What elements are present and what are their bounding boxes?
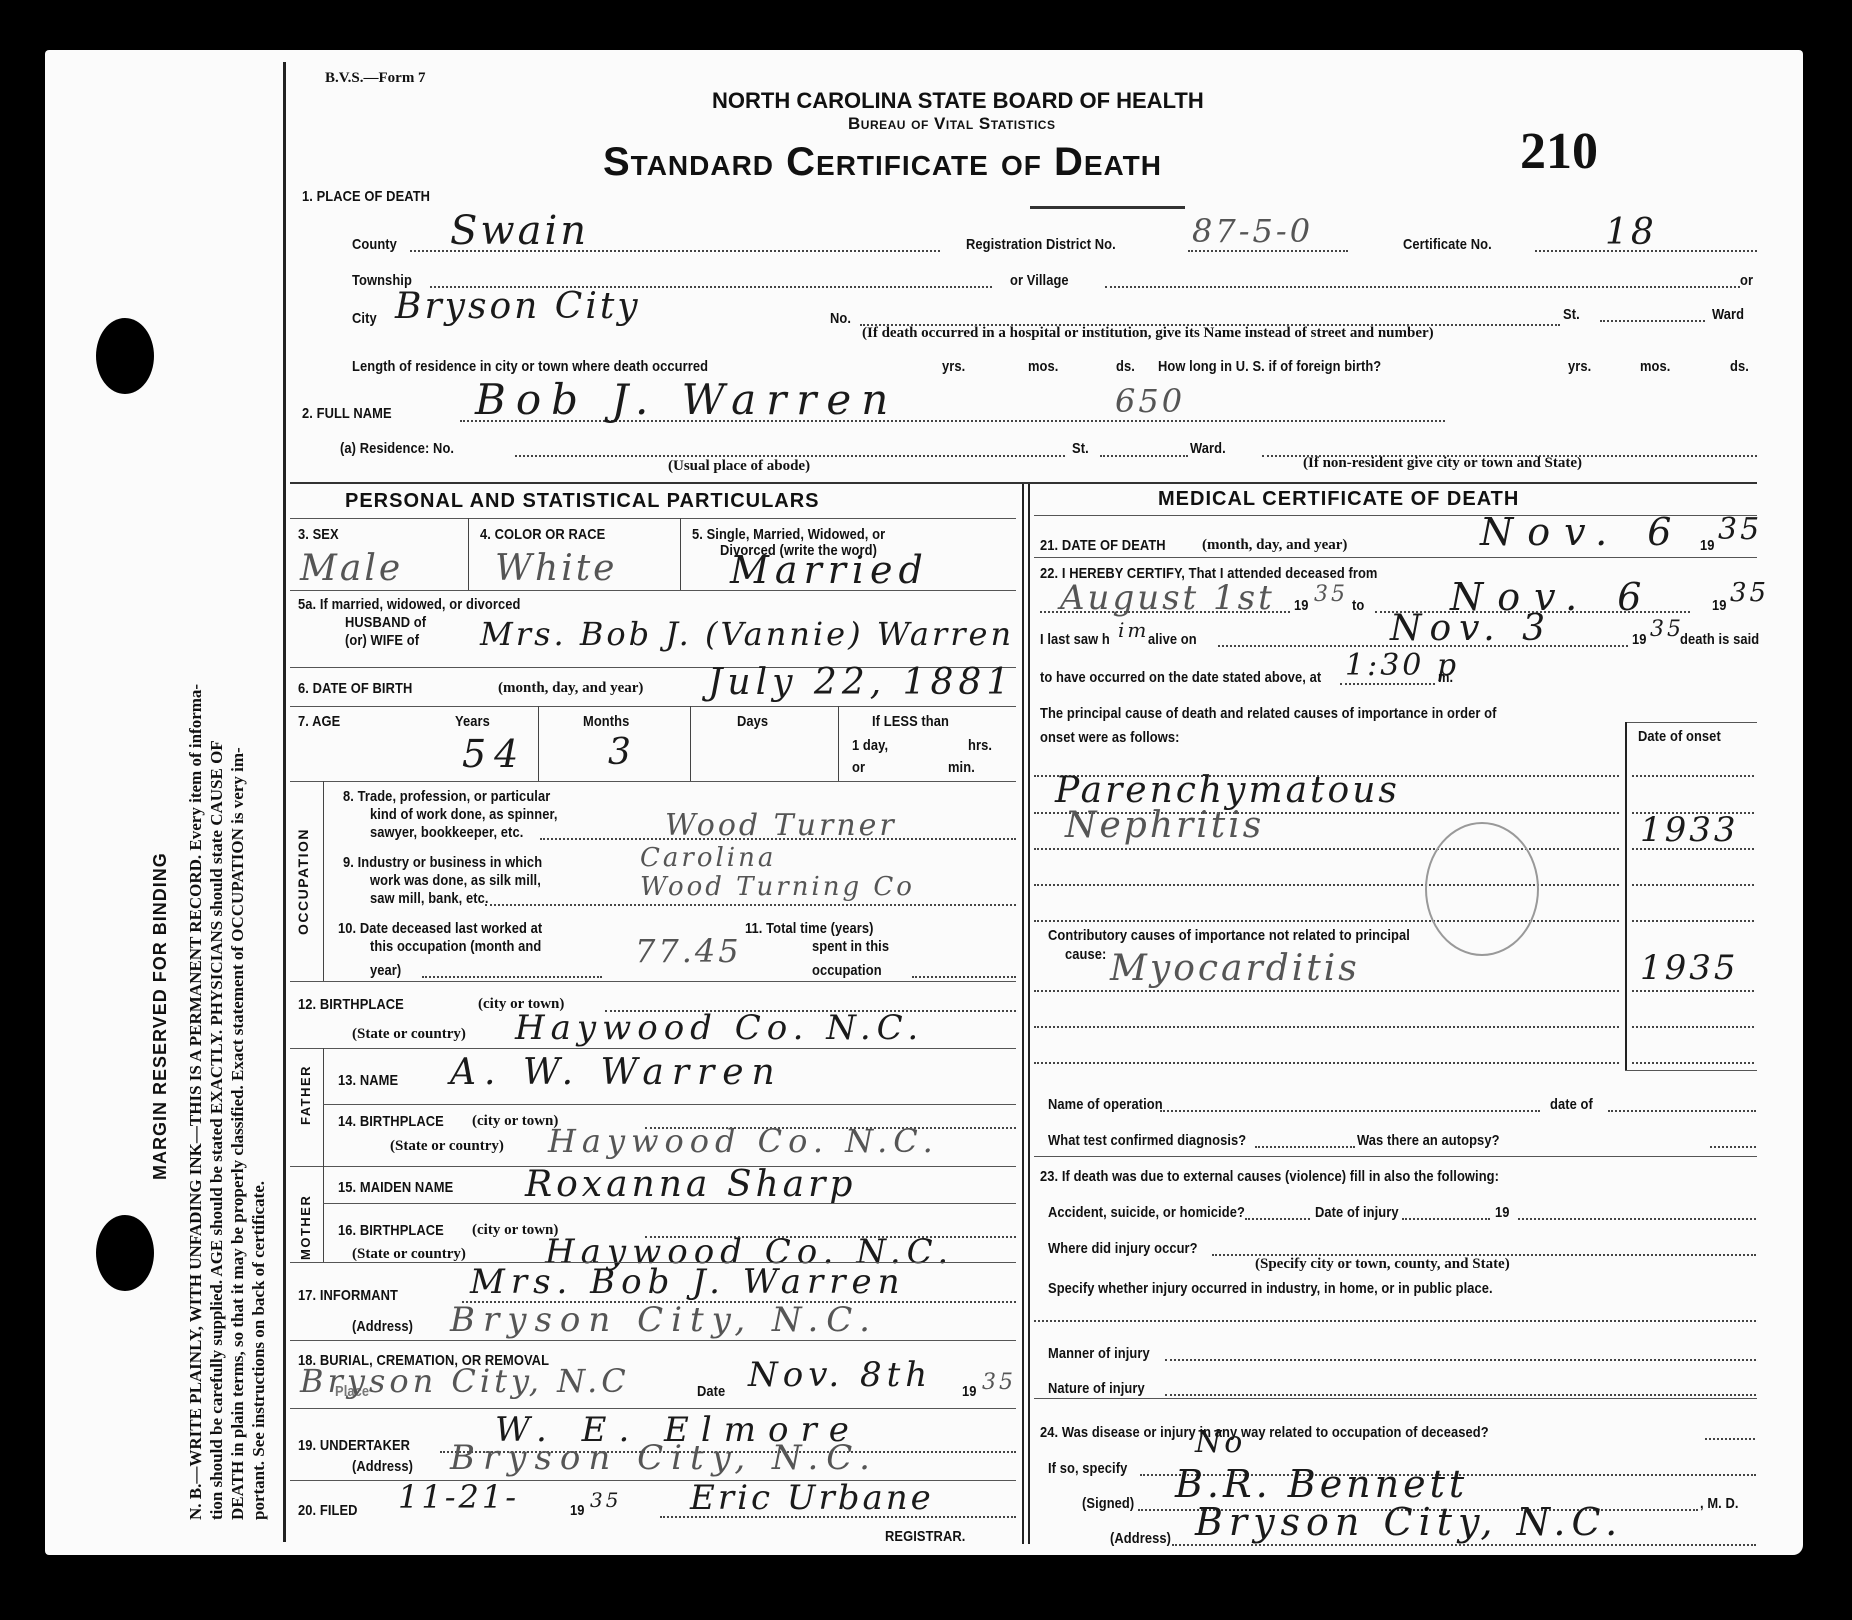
- alive-on-label: alive on: [1148, 631, 1197, 648]
- abode-note: (Usual place of abode): [668, 458, 810, 475]
- registrar-signature: Eric Urbane: [690, 1478, 934, 1518]
- res-ds-label: ds.: [1116, 358, 1135, 375]
- injury-year-prefix: 19: [1495, 1204, 1510, 1221]
- last-saw-label: I last saw h: [1040, 631, 1110, 648]
- father-birthplace-value[interactable]: Haywood Co. N.C.: [548, 1122, 939, 1160]
- cause-label-2: onset were as follows:: [1040, 729, 1180, 746]
- contrib-label-1: Contributory causes of importance not re…: [1048, 927, 1410, 944]
- margin-rule: [283, 62, 286, 1542]
- informant-label: 17. INFORMANT: [298, 1287, 398, 1304]
- industry-value-1[interactable]: Carolina: [640, 843, 776, 873]
- age-years-value[interactable]: 54: [462, 732, 526, 776]
- undertaker-address-value[interactable]: Bryson City, N.C.: [450, 1438, 878, 1478]
- onset-header: Date of onset: [1638, 728, 1721, 745]
- autopsy-line: [1710, 1146, 1756, 1148]
- burial-date-value[interactable]: Nov. 8th: [748, 1355, 932, 1395]
- attended-from-value[interactable]: August 1st: [1060, 578, 1275, 618]
- row-divider: [1034, 1156, 1757, 1157]
- hrs-label: hrs.: [968, 737, 992, 754]
- contrib-onset-line-3: [1632, 1062, 1754, 1064]
- spouse-value[interactable]: Mrs. Bob J. (Vannie) Warren: [480, 615, 1014, 653]
- dob-value[interactable]: July 22, 1881: [708, 662, 1014, 703]
- cell-divider: [690, 706, 691, 781]
- ward-label: Ward: [1712, 306, 1744, 323]
- row-divider: [290, 781, 1016, 782]
- form-id: B.V.S.—Form 7: [325, 70, 426, 87]
- county-label: County: [352, 236, 397, 253]
- row-divider: [323, 1203, 1016, 1204]
- dod-sub-label: (month, day, and year): [1202, 537, 1347, 554]
- death-said-label: death is said: [1680, 631, 1759, 648]
- last-worked-line: [422, 976, 602, 978]
- accident-line: [1245, 1218, 1310, 1220]
- margin-instructions: N. B.—WRITE PLAINLY, WITH UNFADING INK—T…: [185, 684, 269, 1520]
- mother-birthplace-label: 16. BIRTHPLACE: [338, 1222, 444, 1239]
- physician-address-line: [1172, 1544, 1756, 1546]
- row-divider: [290, 1340, 1016, 1341]
- father-side-divider: [323, 1048, 324, 1166]
- physician-address-value[interactable]: Bryson City, N.C.: [1195, 1500, 1623, 1544]
- or-min-label: or: [852, 759, 865, 776]
- age-months-value[interactable]: 3: [608, 732, 634, 773]
- one-day-label: 1 day,: [852, 737, 888, 754]
- father-name-value[interactable]: A. W. Warren: [450, 1052, 783, 1093]
- residence-st-label: St.: [1072, 440, 1089, 457]
- onset-header-line: [1625, 722, 1757, 723]
- death-certificate-page: [45, 50, 1803, 1555]
- injury-where-label: Where did injury occur?: [1048, 1240, 1198, 1257]
- burial-year-prefix: 19: [962, 1383, 977, 1400]
- row-divider: [1034, 1398, 1757, 1399]
- village-line: [1105, 286, 1740, 288]
- dob-sub-label: (month, day, and year): [498, 680, 643, 697]
- birthplace-state-note: (State or country): [352, 1026, 466, 1043]
- spouse-label-3: (or) WIFE of: [345, 632, 419, 649]
- occurred-at-label: to have occurred on the date stated abov…: [1040, 669, 1321, 686]
- undertaker-address-label: (Address): [352, 1458, 413, 1475]
- residence-label: (a) Residence: No.: [340, 440, 454, 457]
- hospital-note: (If death occurred in a hospital or inst…: [862, 325, 1434, 342]
- st-label: St.: [1563, 306, 1580, 323]
- days-label: Days: [737, 713, 768, 730]
- burial-place-value[interactable]: Bryson City, N.C: [300, 1362, 630, 1400]
- reg-district-line: [1188, 250, 1348, 252]
- res-mos-label: mos.: [1028, 358, 1058, 375]
- row-divider: [290, 518, 1016, 519]
- bureau-title: Bureau of Vital Statistics: [848, 114, 1055, 134]
- margin-note-line: N. B.—WRITE PLAINLY, WITH UNFADING INK—T…: [185, 684, 206, 1520]
- nature-label: Nature of injury: [1048, 1380, 1145, 1397]
- binder-hole-bottom: [96, 1215, 154, 1291]
- registrar-label: REGISTRAR.: [885, 1528, 965, 1545]
- filed-year-prefix: 19: [570, 1502, 585, 1519]
- accident-label: Accident, suicide, or homicide?: [1048, 1204, 1245, 1221]
- stamp-number: 210: [1520, 122, 1598, 181]
- certificate-no-label: Certificate No.: [1403, 236, 1492, 253]
- marital-label-1: 5. Single, Married, Widowed, or: [692, 526, 885, 543]
- to-year-value[interactable]: 35: [1730, 578, 1769, 608]
- residence-ward-label: Ward.: [1190, 440, 1226, 457]
- operation-date-label: date of: [1550, 1096, 1593, 1113]
- trade-label-3: sawyer, bookkeeper, etc.: [370, 824, 523, 841]
- full-name-label: 2. FULL NAME: [302, 405, 392, 422]
- row-divider: [290, 981, 1016, 982]
- or-label: or: [1740, 272, 1753, 289]
- occ-related-value[interactable]: No: [1195, 1425, 1245, 1460]
- total-time-label-3: occupation: [812, 962, 882, 979]
- spouse-label-1: 5a. If married, widowed, or divorced: [298, 596, 520, 613]
- manner-line: [1165, 1359, 1756, 1361]
- ward-line: [1600, 320, 1705, 322]
- to-label: to: [1352, 597, 1364, 614]
- contrib-label-2: cause:: [1065, 946, 1106, 963]
- informant-address-value[interactable]: Bryson City, N.C.: [450, 1300, 878, 1340]
- onset-line-5: [1632, 920, 1754, 922]
- county-value[interactable]: Swain: [450, 208, 589, 254]
- cell-divider: [680, 518, 681, 590]
- agency-title: NORTH CAROLINA STATE BOARD OF HEALTH: [712, 88, 1204, 114]
- race-value[interactable]: White: [495, 548, 617, 589]
- city-value[interactable]: Bryson City: [395, 286, 641, 327]
- injury-where-note: (Specify city or town, county, and State…: [1255, 1256, 1510, 1273]
- total-time-label-2: spent in this: [812, 938, 889, 955]
- binder-hole-top: [96, 318, 154, 394]
- signed-label: (Signed): [1082, 1495, 1134, 1512]
- nature-line: [1165, 1394, 1756, 1396]
- industry-label-1: 9. Industry or business in which: [343, 854, 542, 871]
- maiden-name-label: 15. MAIDEN NAME: [338, 1179, 453, 1196]
- residence-line: [515, 455, 1065, 457]
- last-saw-year-prefix: 19: [1632, 631, 1647, 648]
- reg-district-label: Registration District No.: [966, 236, 1116, 253]
- residence-length-label: Length of residence in city or town wher…: [352, 358, 708, 375]
- dod-year-prefix: 19: [1700, 537, 1715, 554]
- informant-value[interactable]: Mrs. Bob J. Warren: [470, 1262, 906, 1302]
- last-saw-year-value[interactable]: 35: [1650, 617, 1684, 642]
- certificate-no-value[interactable]: 18: [1605, 212, 1657, 253]
- injury-specify-line: [1034, 1320, 1756, 1322]
- burial-year-value[interactable]: 35: [982, 1370, 1016, 1395]
- foreign-ds-label: ds.: [1730, 358, 1749, 375]
- occupation-side-label: OCCUPATION: [295, 828, 311, 935]
- contrib-onset-line-1: [1632, 990, 1754, 992]
- foreign-birth-label: How long in U. S. if of foreign birth?: [1158, 358, 1381, 375]
- onset-bottom-line: [1625, 1070, 1757, 1071]
- informant-address-label: (Address): [352, 1318, 413, 1335]
- margin-note-line: tion should be carefully supplied. AGE s…: [206, 684, 227, 1520]
- maiden-name-value[interactable]: Roxanna Sharp: [525, 1164, 856, 1205]
- from-year-prefix: 19: [1294, 597, 1309, 614]
- min-label: min.: [948, 759, 975, 776]
- contrib-line-2: [1034, 1026, 1619, 1028]
- father-birthplace-city-note: (city or town): [472, 1113, 558, 1130]
- trade-label-1: 8. Trade, profession, or particular: [343, 788, 550, 805]
- industry-value-2[interactable]: Wood Turning Co: [640, 872, 915, 902]
- column-divider-b: [1028, 484, 1030, 1544]
- occupation-side-divider: [323, 781, 324, 981]
- dod-label: 21. DATE OF DEATH: [1040, 537, 1166, 554]
- foreign-mos-label: mos.: [1640, 358, 1670, 375]
- to-year-prefix: 19: [1712, 597, 1727, 614]
- row-divider: [290, 1408, 1016, 1409]
- full-name-annotation: 650: [1115, 382, 1185, 420]
- test-label: What test confirmed diagnosis?: [1048, 1132, 1246, 1149]
- row-divider: [290, 1048, 1016, 1049]
- personal-header: PERSONAL AND STATISTICAL PARTICULARS: [345, 490, 820, 513]
- column-divider-a: [1022, 484, 1024, 1544]
- autopsy-label: Was there an autopsy?: [1357, 1132, 1500, 1149]
- city-label: City: [352, 310, 377, 327]
- industry-label-2: work was done, as silk mill,: [370, 872, 541, 889]
- manner-label: Manner of injury: [1048, 1345, 1150, 1362]
- principal-onset[interactable]: 1933: [1640, 810, 1739, 850]
- sex-value[interactable]: Male: [300, 548, 403, 589]
- industry-label-3: saw mill, bank, etc.: [370, 890, 489, 907]
- street-no-label: No.: [830, 310, 851, 327]
- from-year-value[interactable]: 35: [1314, 582, 1348, 607]
- last-saw-pronoun[interactable]: im: [1118, 618, 1149, 642]
- father-birthplace-state-note: (State or country): [390, 1138, 504, 1155]
- onset-line-1: [1632, 775, 1754, 777]
- marital-value[interactable]: Married: [730, 548, 929, 592]
- place-of-death-label: 1. PLACE OF DEATH: [302, 188, 430, 205]
- occ-related-line: [1705, 1438, 1755, 1440]
- dob-label: 6. DATE OF BIRTH: [298, 680, 412, 697]
- operation-label: Name of operation: [1048, 1096, 1163, 1113]
- contrib-onset-line-2: [1632, 1026, 1754, 1028]
- onset-line-4: [1632, 884, 1754, 886]
- contrib-cause[interactable]: Myocarditis: [1110, 948, 1360, 989]
- cell-divider: [838, 706, 839, 781]
- margin-note-line: DEATH in plain terms, so that it may be …: [227, 684, 248, 1520]
- cell-divider: [538, 706, 539, 781]
- title-underline: [1030, 206, 1185, 209]
- if-so-label: If so, specify: [1048, 1460, 1127, 1477]
- operation-date-line: [1608, 1110, 1756, 1112]
- time-suffix: m.: [1438, 669, 1453, 686]
- months-label: Months: [583, 713, 629, 730]
- medical-header: MEDICAL CERTIFICATE OF DEATH: [1158, 488, 1519, 511]
- last-worked-label-1: 10. Date deceased last worked at: [338, 920, 542, 937]
- cause-line-3: [1034, 848, 1619, 850]
- row-divider: [290, 706, 1016, 707]
- filed-year-value[interactable]: 35: [590, 1488, 621, 1512]
- age-label: 7. AGE: [298, 713, 340, 730]
- cause-label-1: The principal cause of death and related…: [1040, 705, 1496, 722]
- filed-label: 20. FILED: [298, 1502, 358, 1519]
- contrib-line-1: [1034, 990, 1619, 992]
- dod-year-value[interactable]: 35: [1718, 512, 1762, 547]
- external-causes-label: 23. If death was due to external causes …: [1040, 1168, 1499, 1185]
- filed-date-value[interactable]: 11-21-: [398, 1478, 519, 1516]
- cell-divider: [468, 518, 469, 590]
- injury-date-line: [1402, 1218, 1490, 1220]
- spouse-label-2: HUSBAND of: [345, 614, 426, 631]
- father-name-label: 13. NAME: [338, 1072, 398, 1089]
- mother-side-label: MOTHER: [298, 1195, 313, 1260]
- residence-st-line: [1100, 455, 1188, 457]
- physician-address-label: (Address): [1110, 1530, 1171, 1547]
- operation-line: [1160, 1110, 1540, 1112]
- foreign-yrs-label: yrs.: [1568, 358, 1591, 375]
- undertaker-label: 19. UNDERTAKER: [298, 1437, 410, 1454]
- md-label: , M. D.: [1700, 1495, 1739, 1512]
- full-name-value[interactable]: Bob J. Warren: [475, 375, 898, 424]
- industry-line: [485, 904, 1016, 906]
- father-birthplace-label: 14. BIRTHPLACE: [338, 1113, 444, 1130]
- certificate-title: Standard Certificate of Death: [603, 140, 1162, 185]
- margin-note-line: portant. See instructions on back of cer…: [248, 684, 269, 1520]
- row-divider: [290, 590, 1016, 591]
- principal-cause-2[interactable]: Nephritis: [1065, 805, 1264, 846]
- nonresident-note: (If non-resident give city or town and S…: [1303, 455, 1582, 472]
- father-side-label: FATHER: [298, 1065, 313, 1125]
- reg-district-value[interactable]: 87-5-0: [1192, 212, 1313, 250]
- contrib-line-3: [1034, 1062, 1619, 1064]
- margin-binding-label: MARGIN RESERVED FOR BINDING: [150, 852, 171, 1180]
- mother-side-divider: [323, 1166, 324, 1262]
- years-label: Years: [455, 713, 490, 730]
- birthplace-label: 12. BIRTHPLACE: [298, 996, 404, 1013]
- birthplace-value[interactable]: Haywood Co. N.C.: [515, 1008, 924, 1048]
- sex-label: 3. SEX: [298, 526, 339, 543]
- last-worked-label-3: year): [370, 962, 401, 979]
- last-worked-value[interactable]: 77.45: [635, 932, 742, 970]
- injury-date-label: Date of injury: [1315, 1204, 1399, 1221]
- village-label: or Village: [1010, 272, 1069, 289]
- last-worked-label-2: this occupation (month and: [370, 938, 541, 955]
- trade-value[interactable]: Wood Turner: [665, 808, 897, 843]
- row-divider: [1034, 557, 1757, 558]
- total-time-label-1: 11. Total time (years): [745, 920, 874, 937]
- injury-specify-label: Specify whether injury occurred in indus…: [1048, 1280, 1493, 1297]
- circled-mark: [1425, 822, 1539, 956]
- test-line: [1255, 1146, 1355, 1148]
- occ-related-label: 24. Was disease or injury in any way rel…: [1040, 1424, 1489, 1441]
- race-label: 4. COLOR OR RACE: [480, 526, 605, 543]
- total-time-line: [912, 976, 1016, 978]
- onset-column-divider: [1625, 722, 1627, 1070]
- burial-date-label: Date: [697, 1383, 725, 1400]
- less-than-label: If LESS than: [872, 713, 949, 730]
- res-yrs-label: yrs.: [942, 358, 965, 375]
- injury-year-line: [1518, 1218, 1756, 1220]
- time-line: [1340, 683, 1435, 685]
- row-divider: [323, 1104, 1016, 1105]
- contrib-onset[interactable]: 1935: [1640, 948, 1739, 988]
- dod-value[interactable]: Nov. 6: [1480, 510, 1685, 554]
- last-saw-value[interactable]: Nov. 3: [1390, 608, 1553, 649]
- mother-birthplace-state-note: (State or country): [352, 1246, 466, 1263]
- trade-label-2: kind of work done, as spinner,: [370, 806, 558, 823]
